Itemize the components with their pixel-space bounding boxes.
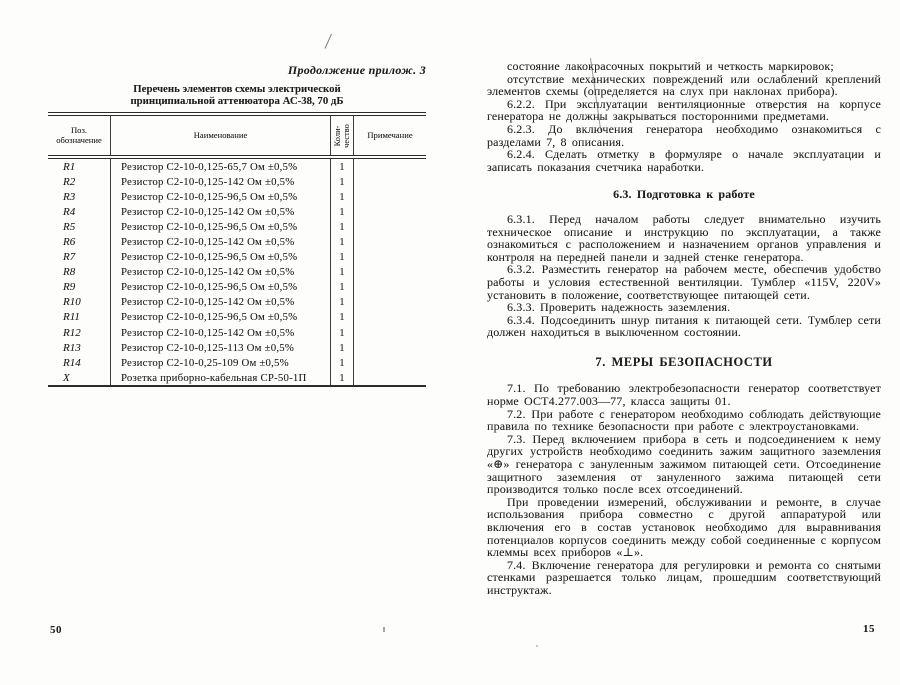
cell-quantity: 1 — [330, 159, 353, 174]
cell-name: Резистор С2-10-0,125-96,5 Ом ±0,5% — [110, 250, 330, 265]
table-row: R2Резистор С2-10-0,125-142 Ом ±0,5%1 — [48, 174, 426, 189]
cell-quantity: 1 — [330, 204, 353, 219]
paragraph: 7.4. Включение генератора для регулировк… — [487, 559, 881, 597]
table-row: XРозетка приборно-кабельная СР-50-1П1 — [48, 370, 426, 385]
cell-pos-designation: R10 — [48, 295, 110, 310]
cell-quantity: 1 — [330, 189, 353, 204]
paragraph: 7.2. При работе с генератором необходимо… — [487, 408, 881, 433]
scan-speck-artifact — [536, 645, 538, 647]
cell-note — [353, 204, 426, 219]
cell-pos-designation: R13 — [48, 340, 110, 355]
cell-pos-designation: R2 — [48, 174, 110, 189]
cell-note — [353, 219, 426, 234]
table-row: R7Резистор С2-10-0,125-96,5 Ом ±0,5%1 — [48, 250, 426, 265]
page-number-right: 15 — [845, 623, 875, 635]
table-title-line1: Перечень элементов схемы электрической — [48, 84, 426, 96]
cell-note — [353, 355, 426, 370]
cell-note — [353, 280, 426, 295]
cell-name: Резистор С2-10-0,125-113 Ом ±0,5% — [110, 340, 330, 355]
cell-quantity: 1 — [330, 325, 353, 340]
cell-pos-designation: R9 — [48, 280, 110, 295]
cell-pos-designation: X — [48, 370, 110, 385]
paragraph: 6.2.4. Сделать отметку в формуляре о нач… — [487, 148, 881, 173]
table-title-line2: принципиальной аттенюатора АС-38, 70 дБ — [48, 96, 426, 108]
cell-name: Резистор С2-10-0,125-142 Ом ±0,5% — [110, 295, 330, 310]
cell-note — [353, 340, 426, 355]
parts-table-header: Поз. обозначение Наименование Коли-честв… — [48, 112, 426, 159]
cell-name: Розетка приборно-кабельная СР-50-1П — [110, 370, 330, 385]
cell-pos-designation: R5 — [48, 219, 110, 234]
table-row: R6Резистор С2-10-0,125-142 Ом ±0,5%1 — [48, 234, 426, 249]
cell-note — [353, 295, 426, 310]
cell-pos-designation: R12 — [48, 325, 110, 340]
cell-name: Резистор С2-10-0,25-109 Ом ±0,5% — [110, 355, 330, 370]
cell-note — [353, 234, 426, 249]
header-note: Примечание — [353, 116, 426, 155]
paragraph: 6.3.1. Перед началом работы следует вним… — [487, 213, 881, 263]
section-heading: 6.3. Подготовка к работе — [487, 188, 881, 201]
section-heading: 7. МЕРЫ БЕЗОПАСНОСТИ — [487, 356, 881, 369]
table-row: R5Резистор С2-10-0,125-96,5 Ом ±0,5%1 — [48, 219, 426, 234]
cell-name: Резистор С2-10-0,125-142 Ом ±0,5% — [110, 174, 330, 189]
header-quantity-vertical-label: Коли-чество — [333, 114, 351, 158]
cell-quantity: 1 — [330, 265, 353, 280]
cell-note — [353, 189, 426, 204]
cell-pos-designation: R7 — [48, 250, 110, 265]
cell-quantity: 1 — [330, 280, 353, 295]
paragraph: 7.1. По требованию электробезопасности г… — [487, 382, 881, 407]
cell-name: Резистор С2-10-0,125-65,7 Ом ±0,5% — [110, 159, 330, 174]
paragraph: 6.3.4. Подсоединить шнур питания к питаю… — [487, 314, 881, 339]
parts-table-body: R1Резистор С2-10-0,125-65,7 Ом ±0,5%1R2Р… — [48, 159, 426, 387]
header-pos-designation: Поз. обозначение — [48, 116, 110, 155]
cell-note — [353, 159, 426, 174]
cell-pos-designation: R3 — [48, 189, 110, 204]
table-row: R14Резистор С2-10-0,25-109 Ом ±0,5%1 — [48, 355, 426, 370]
table-row: R9Резистор С2-10-0,125-96,5 Ом ±0,5%1 — [48, 280, 426, 295]
table-row: R11Резистор С2-10-0,125-96,5 Ом ±0,5%1 — [48, 310, 426, 325]
cell-pos-designation: R8 — [48, 265, 110, 280]
header-name: Наименование — [110, 116, 330, 155]
cell-name: Резистор С2-10-0,125-142 Ом ±0,5% — [110, 265, 330, 280]
cell-name: Резистор С2-10-0,125-142 Ом ±0,5% — [110, 204, 330, 219]
paragraph: 6.3.2. Разместить генератор на рабочем м… — [487, 263, 881, 301]
cell-quantity: 1 — [330, 295, 353, 310]
cell-quantity: 1 — [330, 219, 353, 234]
book-spread: Продолжение прилож. 3 Перечень элементов… — [0, 0, 900, 685]
table-row: R8Резистор С2-10-0,125-142 Ом ±0,5%1 — [48, 265, 426, 280]
scan-scratch-artifact — [325, 34, 333, 49]
cell-pos-designation: R1 — [48, 159, 110, 174]
paragraph: 7.3. Перед включением прибора в сеть и п… — [487, 433, 881, 496]
cell-note — [353, 174, 426, 189]
scan-speck-artifact — [383, 627, 385, 632]
cell-quantity: 1 — [330, 340, 353, 355]
cell-name: Резистор С2-10-0,125-96,5 Ом ±0,5% — [110, 280, 330, 295]
cell-name: Резистор С2-10-0,125-142 Ом ±0,5% — [110, 234, 330, 249]
paragraph: 6.2.3. До включения генератора необходим… — [487, 123, 881, 148]
table-row: R1Резистор С2-10-0,125-65,7 Ом ±0,5%1 — [48, 159, 426, 174]
cell-note — [353, 265, 426, 280]
table-title: Перечень элементов схемы электрической п… — [48, 84, 426, 107]
table-row: R3Резистор С2-10-0,125-96,5 Ом ±0,5%1 — [48, 189, 426, 204]
header-quantity: Коли-чество — [330, 116, 353, 155]
cell-name: Резистор С2-10-0,125-96,5 Ом ±0,5% — [110, 219, 330, 234]
cell-name: Резистор С2-10-0,125-142 Ом ±0,5% — [110, 325, 330, 340]
paragraph: отсутствие механических повреждений или … — [487, 73, 881, 98]
cell-note — [353, 325, 426, 340]
cell-quantity: 1 — [330, 234, 353, 249]
right-text-column: состояние лакокрасочных покрытий и четко… — [487, 60, 881, 597]
table-row: R10Резистор С2-10-0,125-142 Ом ±0,5%1 — [48, 295, 426, 310]
cell-quantity: 1 — [330, 370, 353, 385]
cell-quantity: 1 — [330, 355, 353, 370]
cell-quantity: 1 — [330, 250, 353, 265]
table-row: R12Резистор С2-10-0,125-142 Ом ±0,5%1 — [48, 325, 426, 340]
cell-note — [353, 310, 426, 325]
cell-pos-designation: R14 — [48, 355, 110, 370]
paragraph: 6.2.2. При эксплуатации вентиляционные о… — [487, 98, 881, 123]
cell-pos-designation: R11 — [48, 310, 110, 325]
cell-quantity: 1 — [330, 310, 353, 325]
table-row: R13Резистор С2-10-0,125-113 Ом ±0,5%1 — [48, 340, 426, 355]
cell-note — [353, 370, 426, 385]
cell-pos-designation: R6 — [48, 234, 110, 249]
cell-pos-designation: R4 — [48, 204, 110, 219]
paragraph: При проведении измерений, обслуживании и… — [487, 496, 881, 559]
cell-name: Резистор С2-10-0,125-96,5 Ом ±0,5% — [110, 310, 330, 325]
cell-name: Резистор С2-10-0,125-96,5 Ом ±0,5% — [110, 189, 330, 204]
cell-note — [353, 250, 426, 265]
parts-table: Поз. обозначение Наименование Коли-честв… — [48, 112, 426, 387]
table-row: R4Резистор С2-10-0,125-142 Ом ±0,5%1 — [48, 204, 426, 219]
paragraph: 6.3.3. Проверить надежность заземления. — [487, 301, 881, 314]
continuation-note: Продолжение прилож. 3 — [48, 63, 426, 78]
paragraph: состояние лакокрасочных покрытий и четко… — [487, 60, 881, 73]
cell-quantity: 1 — [330, 174, 353, 189]
page-number-left: 50 — [50, 624, 62, 636]
